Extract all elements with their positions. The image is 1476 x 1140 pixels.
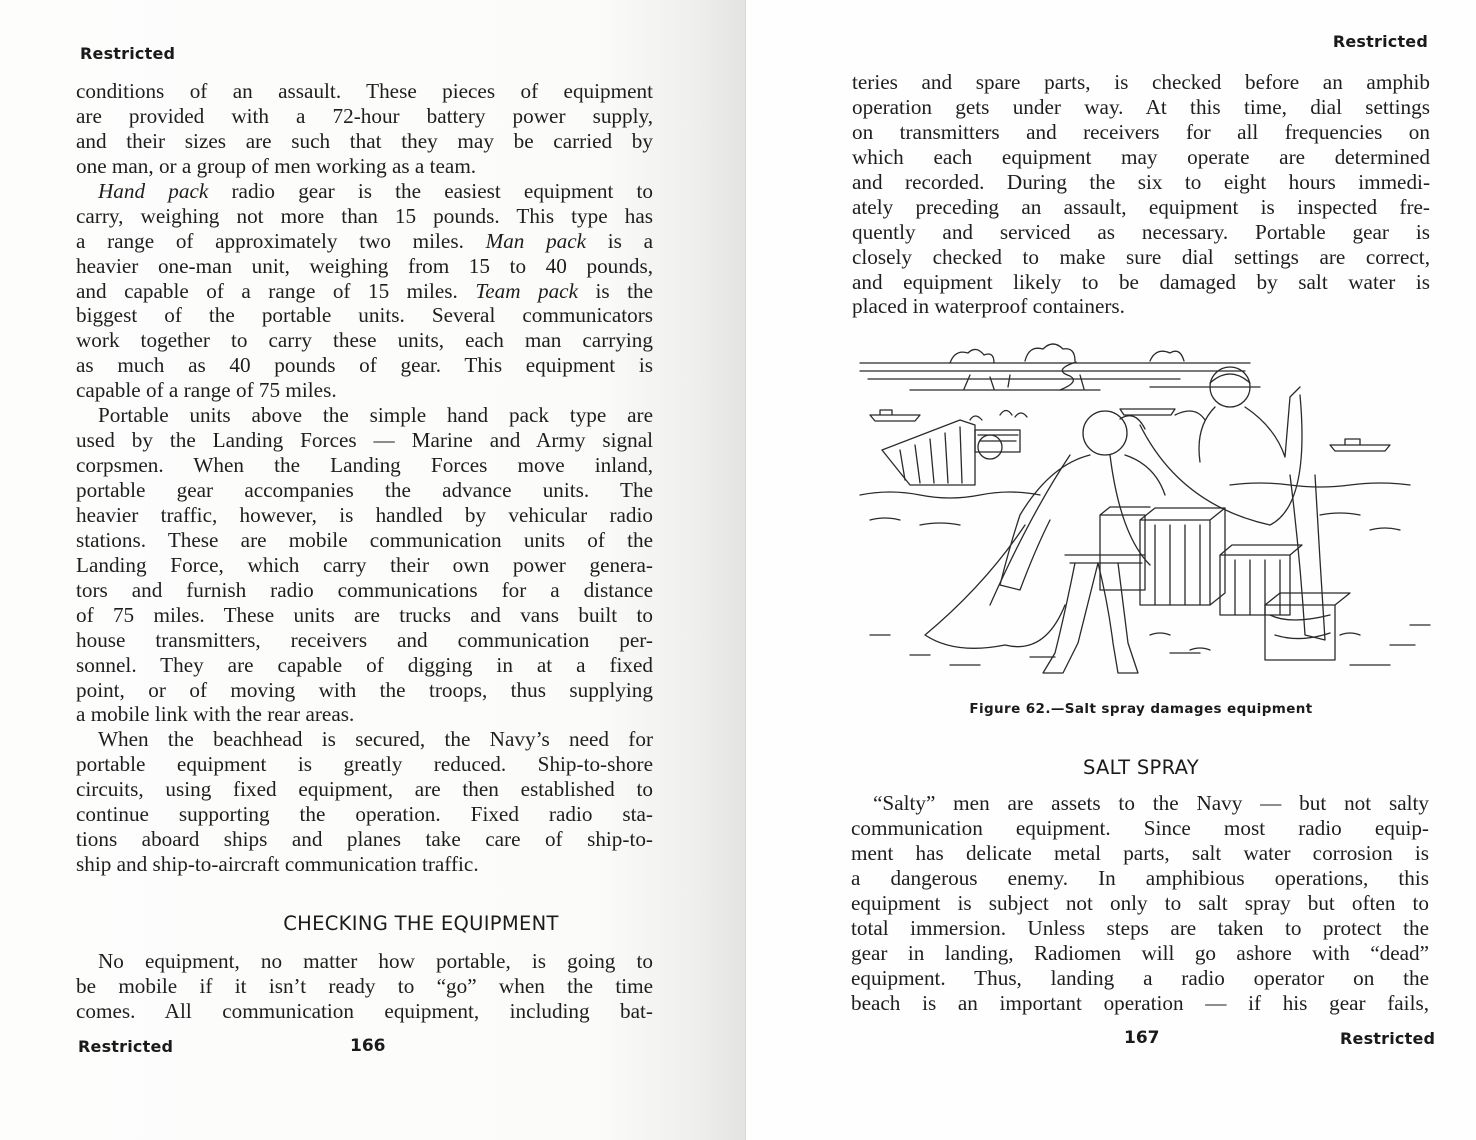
text-line: continue supporting the operation. Fixed… xyxy=(76,802,653,827)
text-line: as much as 40 pounds of gear. This equip… xyxy=(76,353,653,378)
text-line: and their sizes are such that they may b… xyxy=(76,129,653,154)
text-line: operation gets under way. At this time, … xyxy=(852,95,1430,120)
text-line: biggest of the portable units. Several c… xyxy=(76,303,653,328)
text-line: Hand pack radio gear is the easiest equi… xyxy=(76,179,653,204)
text-line: and capable of a range of 15 miles. Team… xyxy=(76,279,653,304)
paragraph-pack-types: Hand pack radio gear is the easiest equi… xyxy=(76,179,653,403)
figure-62-illustration xyxy=(850,335,1435,685)
section-heading-checking-equipment: CHECKING THE EQUIPMENT xyxy=(76,912,766,935)
text-line: of 75 miles. These units are trucks and … xyxy=(76,603,653,628)
page-number-167: 167 xyxy=(1124,1028,1160,1048)
text-line: used by the Landing Forces — Marine and … xyxy=(76,428,653,453)
text-line: portable gear accompanies the advance un… xyxy=(76,478,653,503)
text-line: conditions of an assault. These pieces o… xyxy=(76,79,653,104)
text-line: beach is an important operation — if his… xyxy=(851,991,1429,1016)
line-illustration-icon xyxy=(850,335,1435,685)
paragraph-beachhead: When the beachhead is secured, the Navy’… xyxy=(76,727,653,877)
text-line: work together to carry these units, each… xyxy=(76,328,653,353)
text-line: a dangerous enemy. In amphibious operati… xyxy=(851,866,1429,891)
text-line: equipment is subject not only to salt sp… xyxy=(851,891,1429,916)
book-spread: Restricted conditions of an assault. The… xyxy=(0,0,1476,1140)
text-line: ately preceding an assault, equipment is… xyxy=(852,195,1430,220)
text-line: ship and ship-to-aircraft communication … xyxy=(76,852,653,877)
left-page: Restricted conditions of an assault. The… xyxy=(0,0,746,1140)
term-team-pack: Team pack xyxy=(475,279,578,303)
text-line: equipment. Thus, landing a radio operato… xyxy=(851,966,1429,991)
text-line: No equipment, no matter how portable, is… xyxy=(76,949,653,974)
text-line: carry, weighing not more than 15 pounds.… xyxy=(76,204,653,229)
text-line: Portable units above the simple hand pac… xyxy=(76,403,653,428)
section-heading-salt-spray: SALT SPRAY xyxy=(846,756,1436,779)
text-line: comes. All communication equipment, incl… xyxy=(76,999,653,1024)
text-line: gear in landing, Radiomen will go ashore… xyxy=(851,941,1429,966)
text-line: heavier one-man unit, weighing from 15 t… xyxy=(76,254,653,279)
text-line: are provided with a 72-hour battery powe… xyxy=(76,104,653,129)
running-head-right: Restricted xyxy=(1333,32,1428,51)
text-line: placed in waterproof containers. xyxy=(852,294,1430,319)
text-line: corpsmen. When the Landing Forces move i… xyxy=(76,453,653,478)
term-hand-pack: Hand pack xyxy=(98,179,208,203)
paragraph-salt-spray: “Salty” men are assets to the Navy — but… xyxy=(851,791,1429,1015)
text-line: and recorded. During the six to eight ho… xyxy=(852,170,1430,195)
page-number-166: 166 xyxy=(350,1036,386,1056)
text-line: When the beachhead is secured, the Navy’… xyxy=(76,727,653,752)
text-line: sonnel. They are capable of digging in a… xyxy=(76,653,653,678)
running-head-left: Restricted xyxy=(80,44,175,63)
text-line: quently and serviced as necessary. Porta… xyxy=(852,220,1430,245)
text-line: tors and furnish radio communications fo… xyxy=(76,578,653,603)
left-body-column: conditions of an assault. These pieces o… xyxy=(76,79,653,877)
paragraph-assault-conditions: conditions of an assault. These pieces o… xyxy=(76,79,653,179)
text-line: communication equipment. Since most radi… xyxy=(851,816,1429,841)
paragraph-portable-units: Portable units above the simple hand pac… xyxy=(76,403,653,727)
paragraph-equipment-check-continued: teries and spare parts, is checked befor… xyxy=(852,70,1430,319)
text-line: teries and spare parts, is checked befor… xyxy=(852,70,1430,95)
text-line: heavier traffic, however, is handled by … xyxy=(76,503,653,528)
text-line: which each equipment may operate are det… xyxy=(852,145,1430,170)
text-line: and equipment likely to be damaged by sa… xyxy=(852,270,1430,295)
text-line: Landing Force, which carry their own pow… xyxy=(76,553,653,578)
term-man-pack: Man pack xyxy=(486,229,587,253)
text-line: house transmitters, receivers and commun… xyxy=(76,628,653,653)
text-line: capable of a range of 75 miles. xyxy=(76,378,653,403)
text-line: a mobile link with the rear areas. xyxy=(76,702,653,727)
text-line: a range of approximately two miles. Man … xyxy=(76,229,653,254)
text-line: point, or of moving with the troops, thu… xyxy=(76,678,653,703)
figure-caption: Figure 62.—Salt spray damages equipment xyxy=(846,701,1436,717)
footer-label-left: Restricted xyxy=(78,1037,173,1056)
text-line: closely checked to make sure dial settin… xyxy=(852,245,1430,270)
paragraph-checking-equipment: No equipment, no matter how portable, is… xyxy=(76,949,653,1024)
text-line: stations. These are mobile communication… xyxy=(76,528,653,553)
text-line: portable equipment is greatly reduced. S… xyxy=(76,752,653,777)
text-line: tions aboard ships and planes take care … xyxy=(76,827,653,852)
text-line: total immersion. Unless steps are taken … xyxy=(851,916,1429,941)
footer-label-right: Restricted xyxy=(1340,1029,1435,1048)
text-line: on transmitters and receivers for all fr… xyxy=(852,120,1430,145)
text-line: ment has delicate metal parts, salt wate… xyxy=(851,841,1429,866)
text-line: be mobile if it isn’t ready to “go” when… xyxy=(76,974,653,999)
text-line: one man, or a group of men working as a … xyxy=(76,154,653,179)
text-line: circuits, using fixed equipment, are the… xyxy=(76,777,653,802)
text-line: “Salty” men are assets to the Navy — but… xyxy=(851,791,1429,816)
